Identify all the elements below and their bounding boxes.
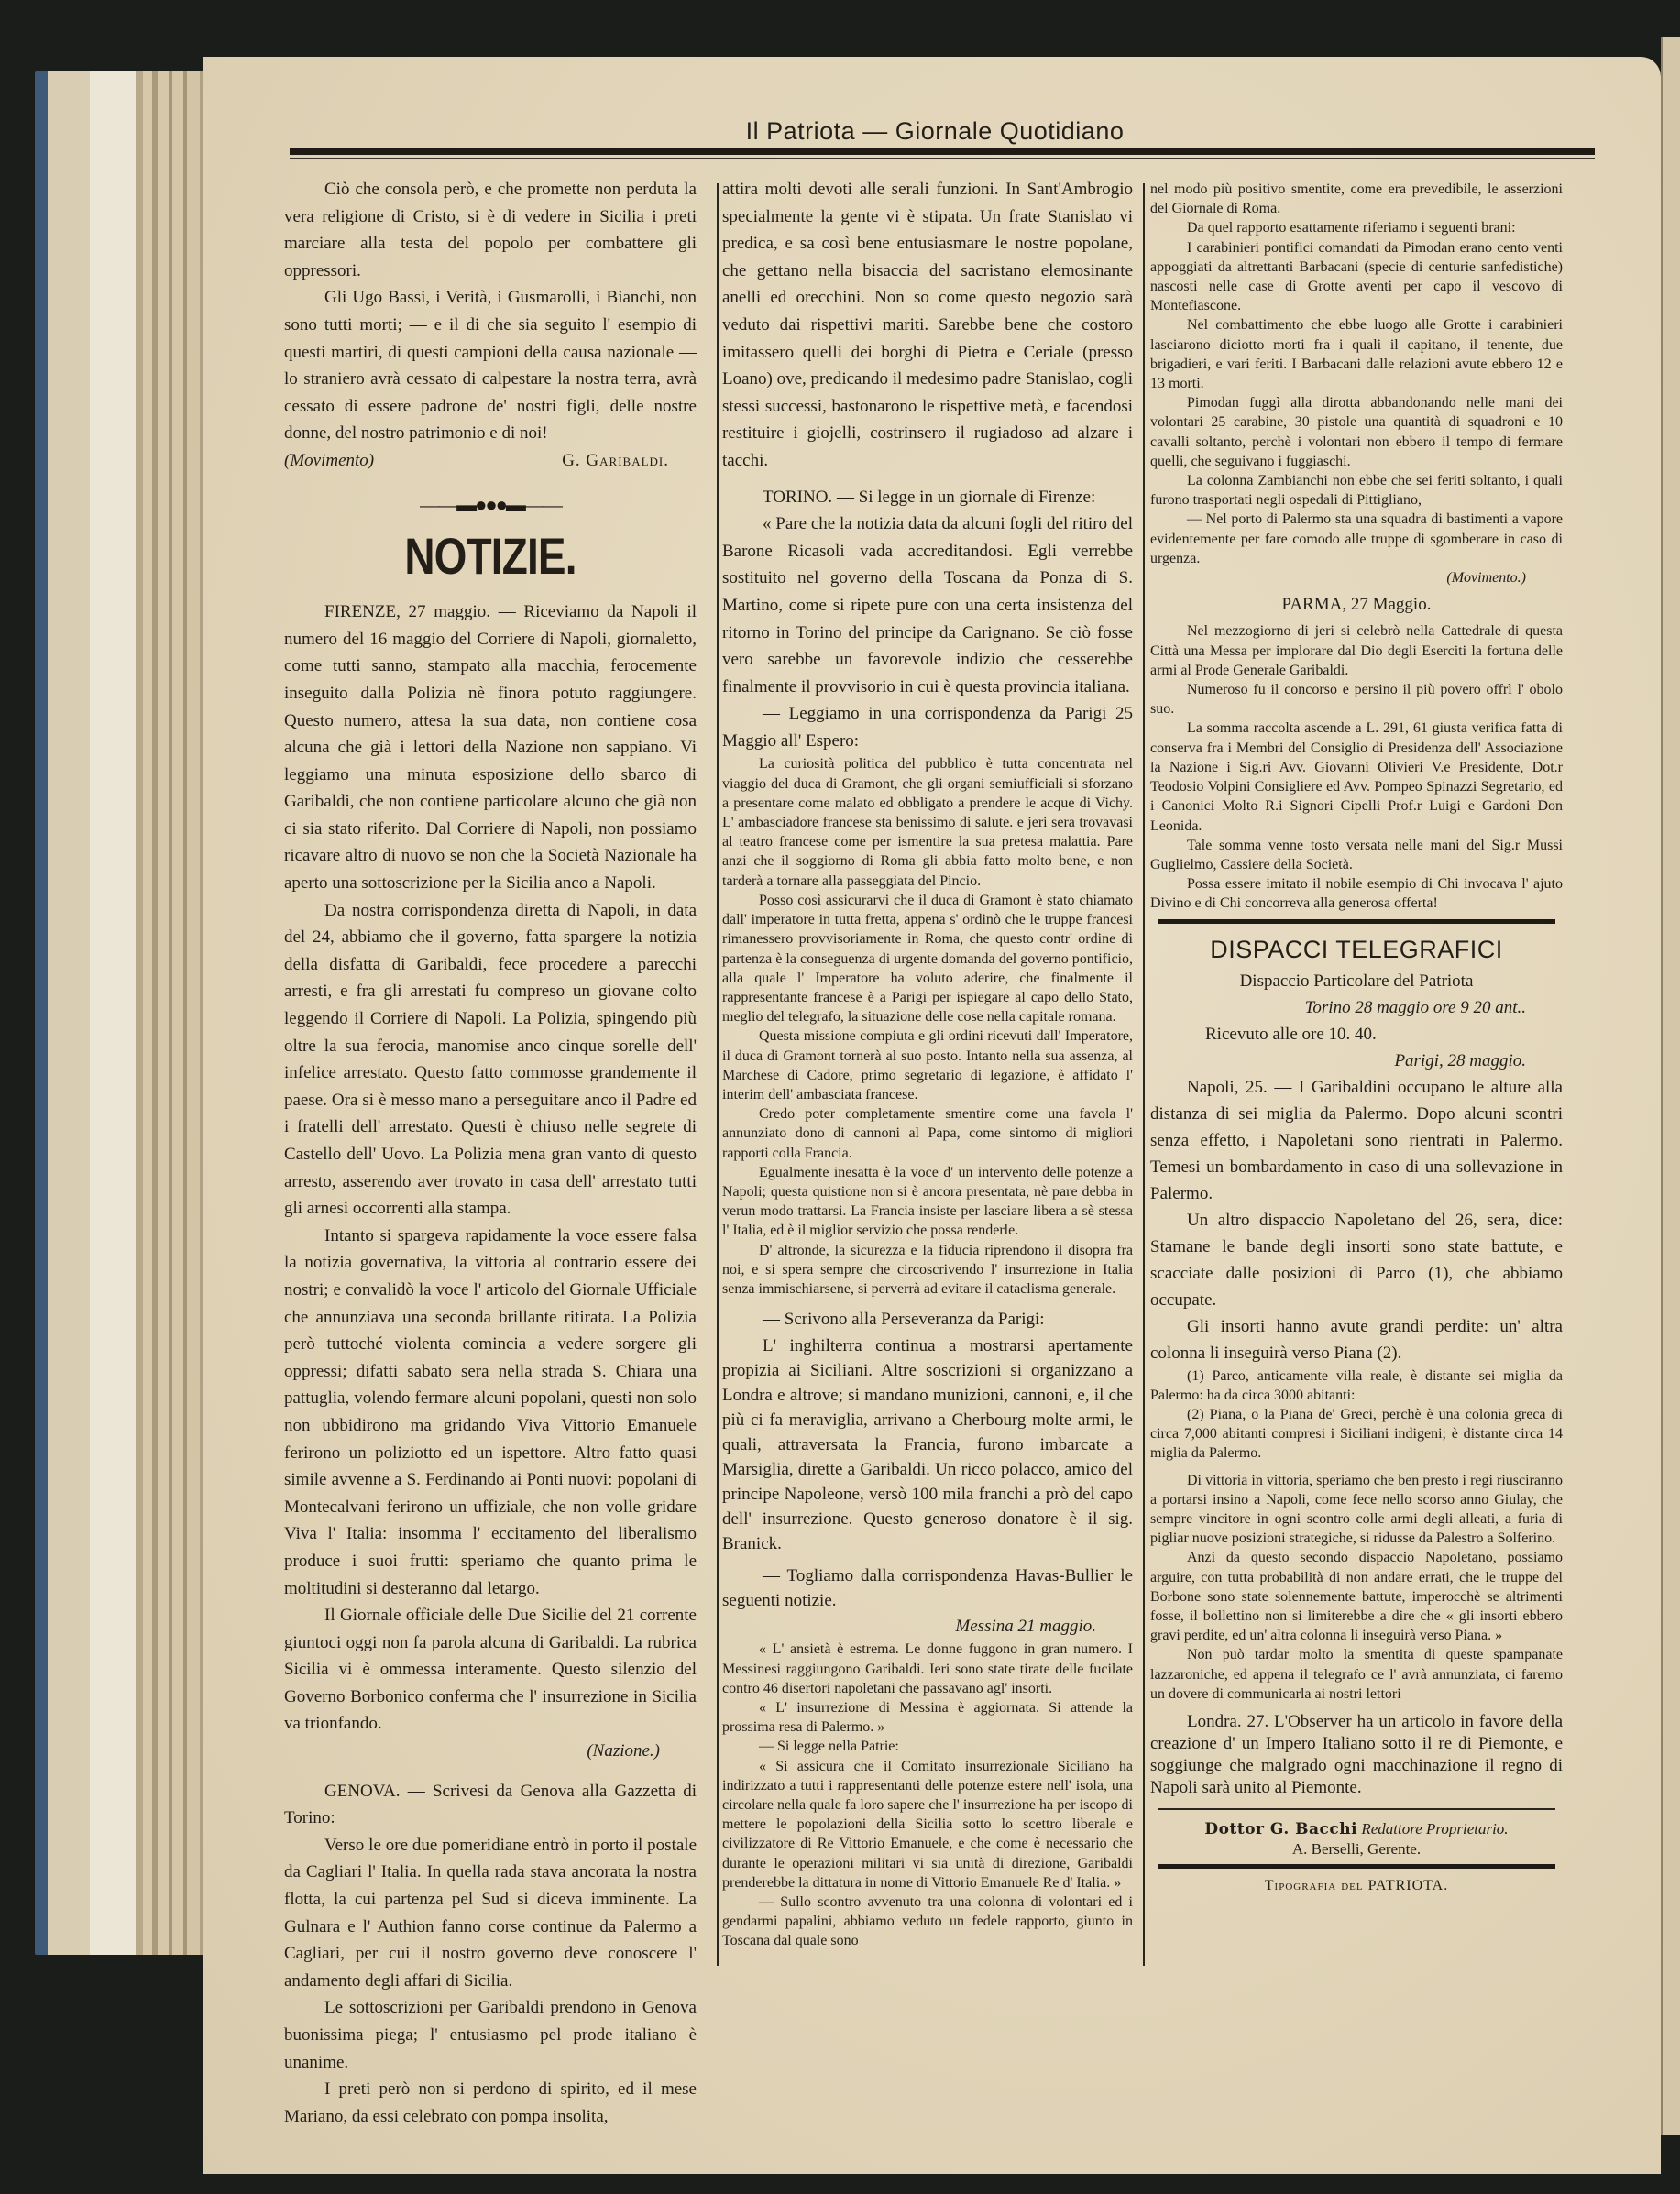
received-time: Ricevuto alle ore 10. 40. — [1150, 1021, 1563, 1048]
genova-paragraph-1: GENOVA. — Scrivesi da Genova alla Gazzet… — [284, 1778, 697, 1832]
next-page-edge — [1661, 37, 1680, 2135]
intro-paragraph-2: Gli Ugo Bassi, i Verità, i Gusmarolli, i… — [284, 284, 697, 447]
source-label: (Movimento) — [284, 447, 374, 475]
parma-paragraph: Tale somma venne tosto versata nelle man… — [1150, 836, 1563, 874]
parigi-paragraph: Egualmente inesatta è la voce d' un inte… — [722, 1163, 1133, 1241]
masthead-rule-thin — [290, 158, 1595, 159]
parma-paragraph: La somma raccolta ascende a L. 291, 61 g… — [1150, 719, 1563, 835]
parma-heading: PARMA, 27 Maggio. — [1150, 595, 1563, 614]
torino-paragraph-1: TORINO. — Si legge in un giornale di Fir… — [722, 484, 1133, 511]
torino-timestamp: Torino 28 maggio ore 9 20 ant.. — [1305, 998, 1526, 1017]
dispacci-heading: DISPACCI TELEGRAFICI — [1150, 931, 1563, 968]
genova-dateline: GENOVA. — [324, 1782, 401, 1801]
printer-line: Tipografia del PATRIOTA. — [1150, 1876, 1563, 1895]
patrie-paragraph: « Si assicura che il Comitato insurrezio… — [722, 1757, 1133, 1892]
footer-rule — [1158, 1864, 1555, 1869]
havas-intro: — Togliamo dalla corrispondenza Havas-Bu… — [722, 1563, 1133, 1613]
firenze-source: (Nazione.) — [587, 1741, 660, 1761]
messina-paragraph: « L' insurrezione di Messina è aggiornat… — [722, 1698, 1133, 1737]
napoli-paragraph: Un altro dispaccio Napoletano del 26, se… — [1150, 1207, 1563, 1313]
book-page-edges — [35, 71, 209, 1955]
firenze-paragraph-2: Da nostra corrispondenza diretta di Napo… — [284, 897, 697, 1223]
torino-paragraph-3: — Leggiamo in una corrispondenza da Pari… — [722, 700, 1133, 754]
comment-paragraph: Di vittoria in vittoria, speriamo che be… — [1150, 1471, 1563, 1549]
comment-paragraph: Non può tardar molto la smentita di ques… — [1150, 1645, 1563, 1704]
parigi-paragraph: La curiosità politica del pubblico è tut… — [722, 754, 1133, 890]
firenze-paragraph-4: Il Giornale officiale delle Due Sicilie … — [284, 1602, 697, 1738]
column-divider-2 — [1143, 183, 1145, 1966]
dispaccio-subtitle: Dispaccio Particolare del Patriota — [1150, 968, 1563, 994]
parigi-paragraph: D' altronde, la sicurezza e la fiducia r… — [722, 1241, 1133, 1300]
section-rule — [1158, 919, 1555, 924]
patrie-intro: — Si legge nella Patrie: — [722, 1737, 1133, 1756]
messina-dispatches: « L' ansietà è estrema. Le donne fuggono… — [722, 1640, 1133, 1950]
parigi-dateline: Parigi, 28 maggio. — [1394, 1051, 1526, 1070]
parigi-correspondence: La curiosità politica del pubblico è tut… — [722, 754, 1133, 1299]
editor-role: Redattore Proprietario. — [1361, 1820, 1508, 1837]
masthead-rule — [290, 148, 1595, 155]
rapporto-paragraph: I carabinieri pontifici comandati da Pim… — [1150, 238, 1563, 316]
torino-paragraph-2: « Pare che la notizia data da alcuni fog… — [722, 510, 1133, 700]
rapporto-paragraph: Da quel rapporto esattamente riferiamo i… — [1150, 218, 1563, 237]
parigi-paragraph: Questa missione compiuta e gli ordini ri… — [722, 1026, 1133, 1104]
column-divider-1 — [717, 183, 719, 1966]
scontro-paragraph: — Sullo scontro avvenuto tra una colonna… — [722, 1892, 1133, 1951]
intro-paragraph-1: Ciò che consola però, e che promette non… — [284, 176, 697, 284]
perseveranza-paragraph: L' inghilterra continua a mostrarsi aper… — [722, 1333, 1133, 1556]
firenze-text: — Riceviamo da Napoli il numero del 16 m… — [284, 602, 697, 893]
parma-paragraph: Nel mezzogiorno di jeri si celebrò nella… — [1150, 621, 1563, 680]
torino-dateline: TORINO. — [763, 488, 832, 507]
torino-text: — Si legge in un giornale di Firenze: — [837, 488, 1095, 507]
perseveranza-intro: — Scrivono alla Perseveranza da Parigi: — [722, 1306, 1133, 1333]
firenze-dateline: FIRENZE, 27 maggio. — [324, 602, 490, 621]
palermo-paragraph: — Nel porto di Palermo sta una squadra d… — [1150, 510, 1563, 568]
editor-rule — [1158, 1808, 1555, 1810]
rapporto-paragraph: La colonna Zambianchi non ebbe che sei f… — [1150, 471, 1563, 510]
genova-paragraph-3: Le sottoscrizioni per Garibaldi prendono… — [284, 1994, 697, 2076]
messina-dateline: Messina 21 maggio. — [955, 1617, 1096, 1636]
rapporto-paragraph: Pimodan fuggì alla dirotta abbandonando … — [1150, 393, 1563, 471]
editor-name: Dottor G. Bacchi — [1204, 1820, 1357, 1838]
genova-paragraph-4: I preti però non si perdono di spirito, … — [284, 2076, 697, 2130]
napoli-paragraph: Napoli, 25. — I Garibaldini occupano le … — [1150, 1074, 1563, 1207]
rapporto-paragraph: nel modo più positivo smentite, come era… — [1150, 180, 1563, 218]
londra-paragraph: Londra. 27. L'Observer ha un articolo in… — [1150, 1711, 1563, 1799]
movimento-source: (Movimento.) — [1446, 570, 1526, 586]
genova-paragraph-2: Verso le ore due pomeridiane entrò in po… — [284, 1832, 697, 1995]
footnote-1: (1) Parco, anticamente villa reale, è di… — [1150, 1366, 1563, 1405]
column-1: Ciò che consola però, e che promette non… — [284, 176, 697, 2130]
messina-paragraph: « L' ansietà è estrema. Le donne fuggono… — [722, 1640, 1133, 1698]
column-2: attira molti devoti alle serali funzioni… — [722, 176, 1133, 1951]
rapporto-paragraph: Nel combattimento che ebbe luogo alle Gr… — [1150, 315, 1563, 393]
parma-paragraph: Numeroso fu il concorso e persino il più… — [1150, 680, 1563, 719]
signature: G. Garibaldi. — [562, 447, 669, 475]
section-title-notizie: NOTIZIE. — [322, 523, 660, 589]
masthead-title: Il Patriota — Giornale Quotidiano — [284, 117, 1586, 146]
firenze-paragraph-3: Intanto si spargeva rapidamente la voce … — [284, 1223, 697, 1602]
signature-row: (Movimento) G. Garibaldi. — [284, 447, 697, 475]
firenze-paragraph-1: FIRENZE, 27 maggio. — Riceviamo da Napol… — [284, 598, 697, 897]
ornament-divider: ——▬●●●▬—— — [284, 491, 697, 519]
napoli-paragraph: Gli insorti hanno avute grandi perdite: … — [1150, 1313, 1563, 1366]
footnote-2: (2) Piana, o la Piana de' Greci, perchè … — [1150, 1405, 1563, 1464]
column-3: nel modo più positivo smentite, come era… — [1150, 180, 1563, 1896]
parma-paragraph: Possa essere imitato il nobile esempio d… — [1150, 874, 1563, 913]
continued-paragraph: attira molti devoti alle serali funzioni… — [722, 176, 1133, 475]
gerente-line: A. Berselli, Gerente. — [1150, 1839, 1563, 1859]
parigi-paragraph: Posso così assicurarvi che il duca di Gr… — [722, 891, 1133, 1026]
comment-paragraph: Anzi da questo secondo dispaccio Napolet… — [1150, 1548, 1563, 1645]
parigi-paragraph: Credo poter completamente smentire come … — [722, 1104, 1133, 1163]
